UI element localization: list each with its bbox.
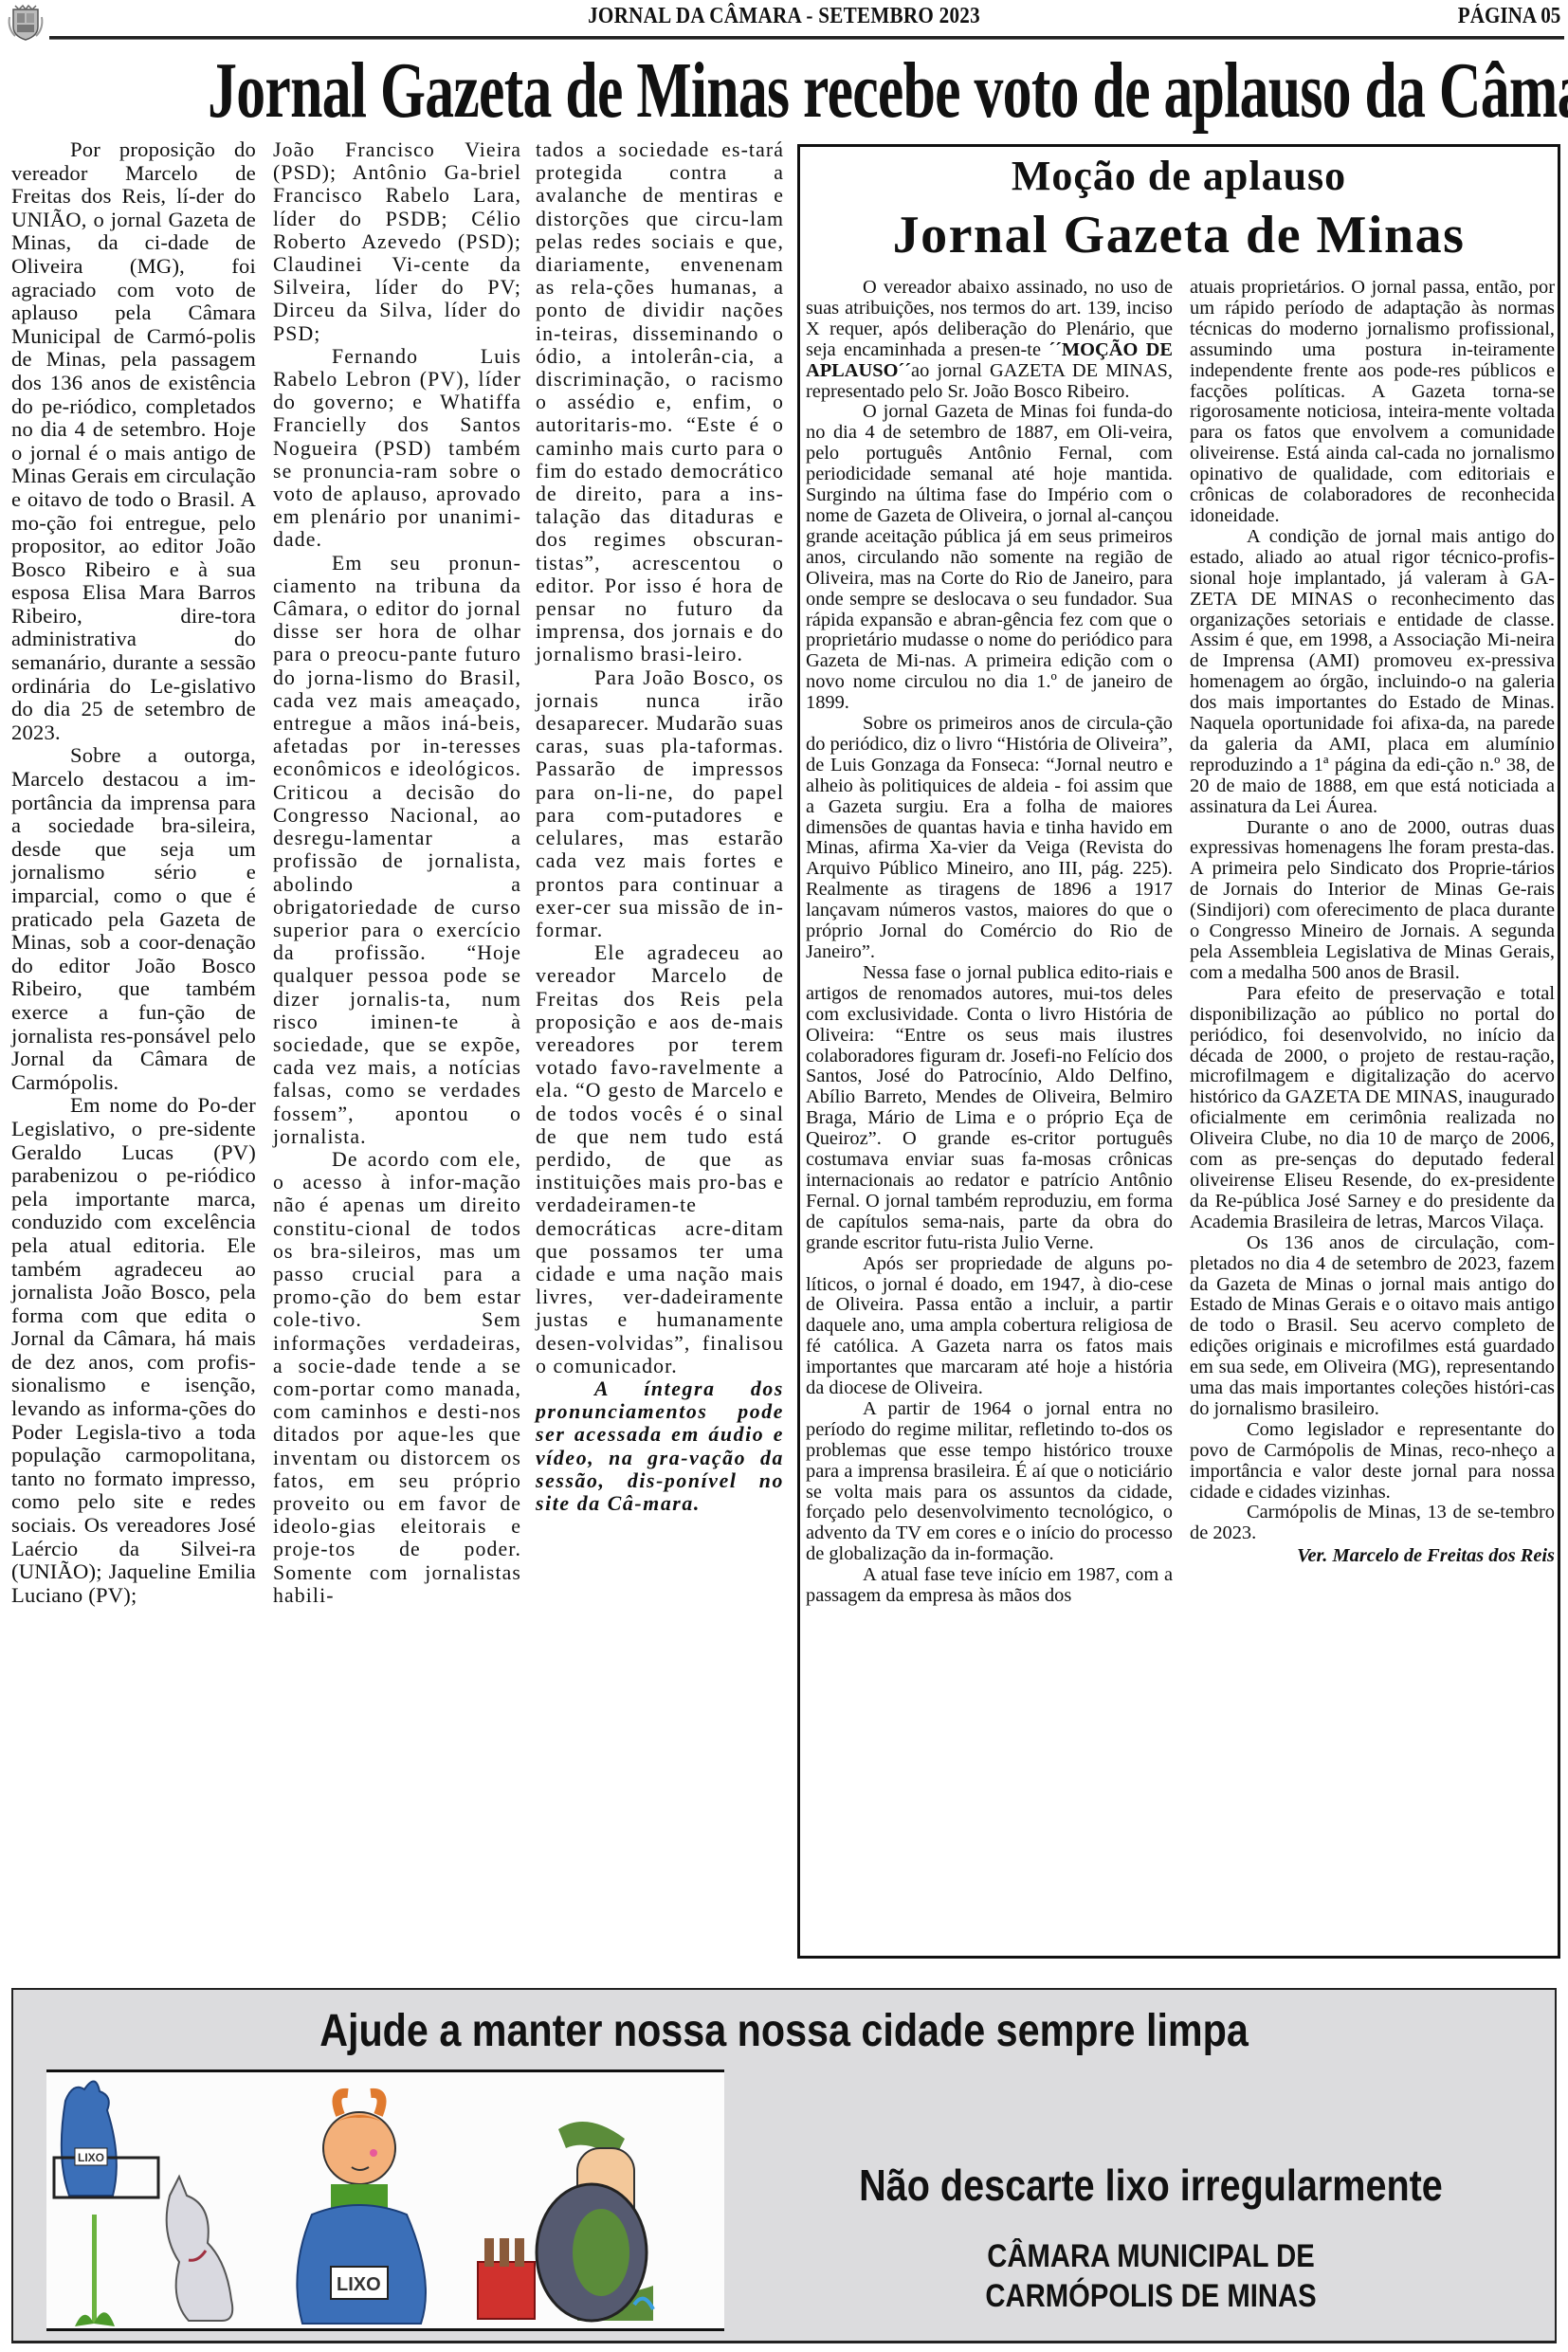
motion-paragraph: A condição de jornal mais antigo do esta…: [1190, 527, 1555, 818]
motion-signature: Ver. Marcelo de Freitas dos Reis: [1190, 1546, 1555, 1567]
article-paragraph: Para João Bosco, os jornais nunca irão d…: [536, 666, 784, 941]
motion-title: Jornal Gazeta de Minas: [800, 206, 1558, 264]
motion-column-left: O vereador abaixo assinado, no uso de su…: [806, 278, 1173, 1607]
masthead-divider: [49, 36, 1564, 40]
article-paragraph: Em nome do Po-der Legislativo, o pre-sid…: [11, 1094, 256, 1607]
article-paragraph: De acordo com ele, o acesso à infor-maçã…: [273, 1148, 521, 1607]
banner-org-line-2: CARMÓPOLIS DE MINAS: [809, 2276, 1493, 2316]
page-headline: Jornal Gazeta de Minas recebe voto de ap…: [208, 51, 1360, 131]
closing-note: A íntegra dos pronunciamentos pode ser a…: [536, 1377, 784, 1515]
motion-of-applause-box: Moção de aplauso Jornal Gazeta de Minas …: [797, 144, 1560, 1959]
svg-text:LIXO: LIXO: [78, 2151, 104, 2164]
motion-paragraph: Durante o ano de 2000, outras duas expre…: [1190, 818, 1555, 984]
motion-paragraph: A atual fase teve início em 1987, com a …: [806, 1565, 1173, 1607]
kids-disposing-trash-illustration: LIXO LIXO: [46, 2069, 724, 2331]
article-column-2: João Francisco Vieira (PSD); Antônio Ga-…: [273, 138, 521, 1607]
article-column-3: tados a sociedade es-tará protegida cont…: [536, 138, 784, 1515]
newspaper-issue-title: JORNAL DA CÂMARA - SETEMBRO 2023: [94, 4, 1474, 29]
motion-paragraph: Após ser propriedade de alguns po-lítico…: [806, 1254, 1173, 1399]
coat-of-arms-icon: [6, 4, 46, 42]
motion-paragraph: atuais proprietários. O jornal passa, en…: [1190, 278, 1555, 527]
article-paragraph: Ele agradeceu ao vereador Marcelo de Fre…: [536, 941, 784, 1377]
motion-date: Carmópolis de Minas, 13 de se-tembro de …: [1190, 1503, 1555, 1544]
article-paragraph: Sobre a outorga, Marcelo destacou a im-p…: [11, 744, 256, 1094]
motion-paragraph: Para efeito de preservação e total dispo…: [1190, 984, 1555, 1233]
motion-column-right: atuais proprietários. O jornal passa, en…: [1190, 278, 1555, 1567]
motion-paragraph: Como legislador e representante do povo …: [1190, 1420, 1555, 1504]
banner-organization: CÂMARA MUNICIPAL DE CARMÓPOLIS DE MINAS: [809, 2236, 1493, 2316]
motion-intro: O vereador abaixo assinado, no uso de su…: [806, 278, 1173, 402]
banner-org-line-1: CÂMARA MUNICIPAL DE: [809, 2236, 1493, 2276]
page-number: PÁGINA 05: [1457, 4, 1560, 29]
banner-subtitle: Não descarte lixo irregularmente: [809, 2159, 1493, 2212]
article-paragraph: João Francisco Vieira (PSD); Antônio Ga-…: [273, 138, 521, 345]
article-paragraph: Em seu pronun-ciamento na tribuna da Câm…: [273, 552, 521, 1148]
motion-paragraph: A partir de 1964 o jornal entra no perío…: [806, 1399, 1173, 1565]
masthead: JORNAL DA CÂMARA - SETEMBRO 2023 PÁGINA …: [0, 0, 1568, 40]
article-column-1: Por proposição do vereador Marcelo de Fr…: [11, 138, 256, 1607]
banner-title: Ajude a manter nossa nossa cidade sempre…: [121, 2005, 1447, 2058]
motion-paragraph: Sobre os primeiros anos de circula-ção d…: [806, 714, 1173, 963]
svg-text:LIXO: LIXO: [337, 2274, 381, 2295]
article-paragraph: Fernando Luis Rabelo Lebron (PV), líder …: [273, 345, 521, 552]
motion-paragraph: Os 136 anos de circulação, com-pletados …: [1190, 1233, 1555, 1420]
public-service-banner: Ajude a manter nossa nossa cidade sempre…: [11, 1988, 1557, 2343]
motion-kicker: Moção de aplauso: [800, 153, 1558, 200]
article-paragraph: tados a sociedade es-tará protegida cont…: [536, 138, 784, 666]
motion-paragraph: O jornal Gazeta de Minas foi funda-do no…: [806, 402, 1173, 714]
article-paragraph: Por proposição do vereador Marcelo de Fr…: [11, 138, 256, 744]
motion-paragraph: Nessa fase o jornal publica edito-riais …: [806, 963, 1173, 1254]
